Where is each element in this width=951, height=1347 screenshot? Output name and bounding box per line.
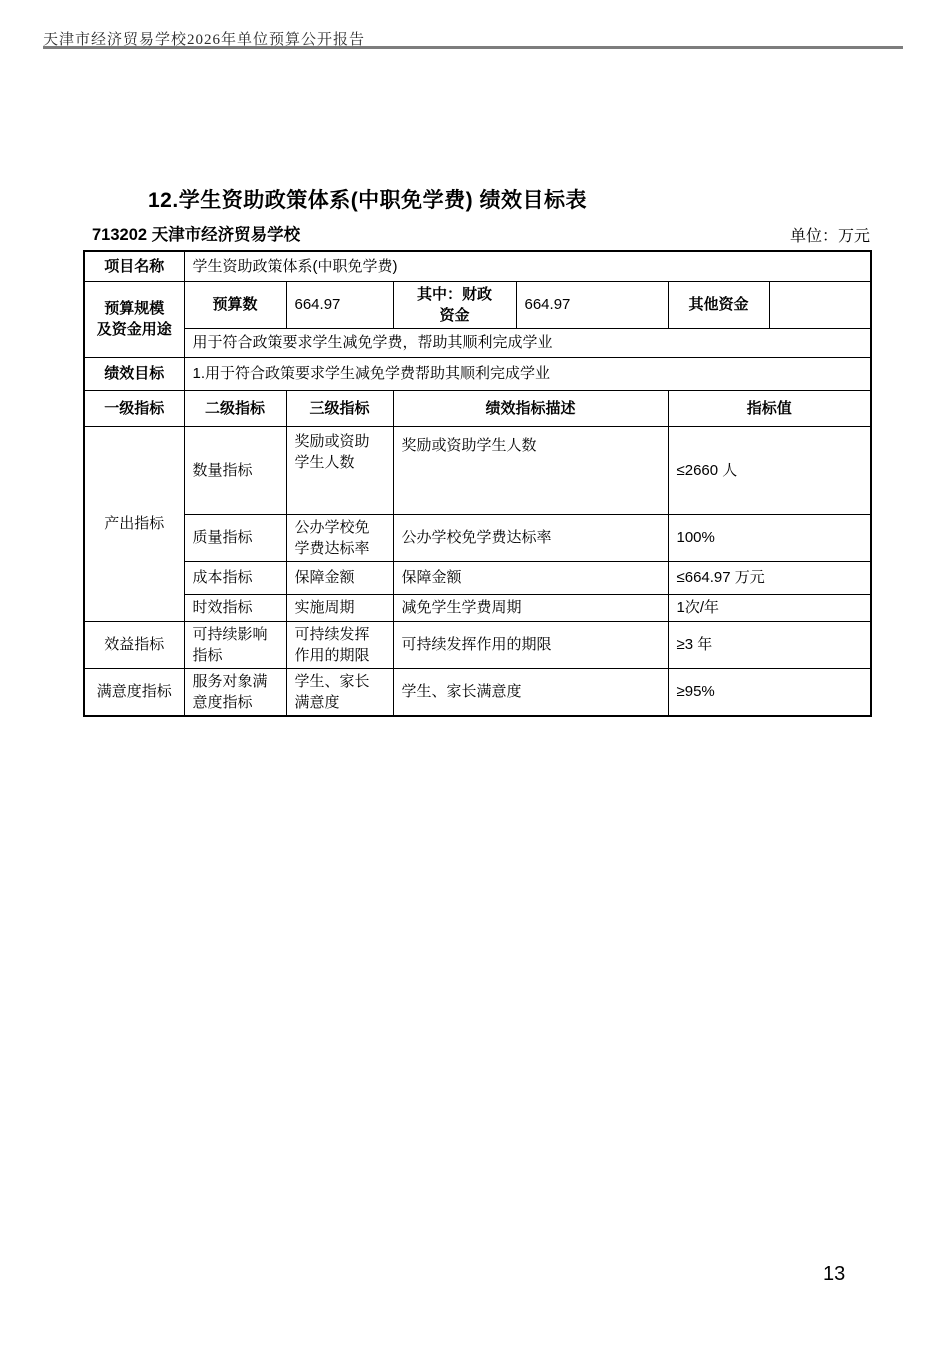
project-name-value: 学生资助政策体系(中职免学费) <box>184 251 871 281</box>
level2-indicator: 成本指标 <box>184 561 286 594</box>
budget-number-label: 预算数 <box>184 281 286 328</box>
indicator-description: 学生、家长满意度 <box>393 668 668 716</box>
indicator-description: 奖励或资助学生人数 <box>393 426 668 514</box>
indicator-target-value: ≥3 年 <box>668 621 871 668</box>
performance-goal-value: 1.用于符合政策要求学生减免学费帮助其顺利完成学业 <box>184 357 871 390</box>
funds-usage-text: 用于符合政策要求学生减免学费，帮助其顺利完成学业 <box>184 328 871 357</box>
level3-indicator: 公办学校免 学费达标率 <box>286 514 393 561</box>
indicator-target-value: 100% <box>668 514 871 561</box>
level1-output-indicator: 产出指标 <box>84 426 184 621</box>
table-row-project: 项目名称 学生资助政策体系(中职免学费) <box>84 251 871 281</box>
table-row-timeliness-indicator: 时效指标 实施周期 减免学生学费周期 1次/年 <box>84 594 871 621</box>
level3-indicator: 奖励或资助 学生人数 <box>286 426 393 514</box>
level3-indicator: 可持续发挥 作用的期限 <box>286 621 393 668</box>
indicator-target-value: ≤2660 人 <box>668 426 871 514</box>
level1-satisfaction-indicator: 满意度指标 <box>84 668 184 716</box>
budget-section-label: 预算规模 及资金用途 <box>84 281 184 357</box>
table-row-budget: 预算规模 及资金用途 预算数 664.97 其中：财政 资金 664.97 其他… <box>84 281 871 328</box>
table-row-quantity-indicator: 产出指标 数量指标 奖励或资助 学生人数 奖励或资助学生人数 ≤2660 人 <box>84 426 871 514</box>
budget-number-value: 664.97 <box>286 281 393 328</box>
unit-label: 单位：万元 <box>790 223 870 246</box>
level3-indicator: 实施周期 <box>286 594 393 621</box>
fiscal-funds-label: 其中：财政 资金 <box>393 281 516 328</box>
document-page: { "page": { "doc_header": "天津市经济贸易学校2026… <box>0 0 951 1347</box>
level2-indicator: 时效指标 <box>184 594 286 621</box>
header-divider <box>43 46 903 49</box>
level1-benefit-indicator: 效益指标 <box>84 621 184 668</box>
fiscal-funds-value: 664.97 <box>516 281 668 328</box>
page-title: 12.学生资助政策体系(中职免学费) 绩效目标表 <box>148 184 587 214</box>
indicator-description: 保障金额 <box>393 561 668 594</box>
other-funds-label: 其他资金 <box>668 281 769 328</box>
indicator-target-value: 1次/年 <box>668 594 871 621</box>
column-header-level1: 一级指标 <box>84 390 184 426</box>
performance-target-table: 项目名称 学生资助政策体系(中职免学费) 预算规模 及资金用途 预算数 664.… <box>83 250 872 717</box>
indicator-target-value: ≤664.97 万元 <box>668 561 871 594</box>
indicator-description: 可持续发挥作用的期限 <box>393 621 668 668</box>
level3-indicator: 保障金额 <box>286 561 393 594</box>
project-name-label: 项目名称 <box>84 251 184 281</box>
page-number: 13 <box>823 1263 845 1286</box>
indicator-description: 公办学校免学费达标率 <box>393 514 668 561</box>
level2-indicator: 服务对象满 意度指标 <box>184 668 286 716</box>
level3-indicator: 学生、家长 满意度 <box>286 668 393 716</box>
indicator-description: 减免学生学费周期 <box>393 594 668 621</box>
column-header-level2: 二级指标 <box>184 390 286 426</box>
column-header-description: 绩效指标描述 <box>393 390 668 426</box>
table-row-satisfaction-indicator: 满意度指标 服务对象满 意度指标 学生、家长 满意度 学生、家长满意度 ≥95% <box>84 668 871 716</box>
indicator-target-value: ≥95% <box>668 668 871 716</box>
level2-indicator: 质量指标 <box>184 514 286 561</box>
level2-indicator: 数量指标 <box>184 426 286 514</box>
table-row-quality-indicator: 质量指标 公办学校免 学费达标率 公办学校免学费达标率 100% <box>84 514 871 561</box>
org-code-and-name: 713202 天津市经济贸易学校 <box>92 221 300 245</box>
performance-goal-label: 绩效目标 <box>84 357 184 390</box>
column-header-level3: 三级指标 <box>286 390 393 426</box>
column-header-target-value: 指标值 <box>668 390 871 426</box>
table-row-goal: 绩效目标 1.用于符合政策要求学生减免学费帮助其顺利完成学业 <box>84 357 871 390</box>
other-funds-value <box>769 281 871 328</box>
level2-indicator: 可持续影响 指标 <box>184 621 286 668</box>
table-row-cost-indicator: 成本指标 保障金额 保障金额 ≤664.97 万元 <box>84 561 871 594</box>
table-row-usage: 用于符合政策要求学生减免学费，帮助其顺利完成学业 <box>84 328 871 357</box>
table-row-indicator-headers: 一级指标 二级指标 三级指标 绩效指标描述 指标值 <box>84 390 871 426</box>
table-row-benefit-indicator: 效益指标 可持续影响 指标 可持续发挥 作用的期限 可持续发挥作用的期限 ≥3 … <box>84 621 871 668</box>
